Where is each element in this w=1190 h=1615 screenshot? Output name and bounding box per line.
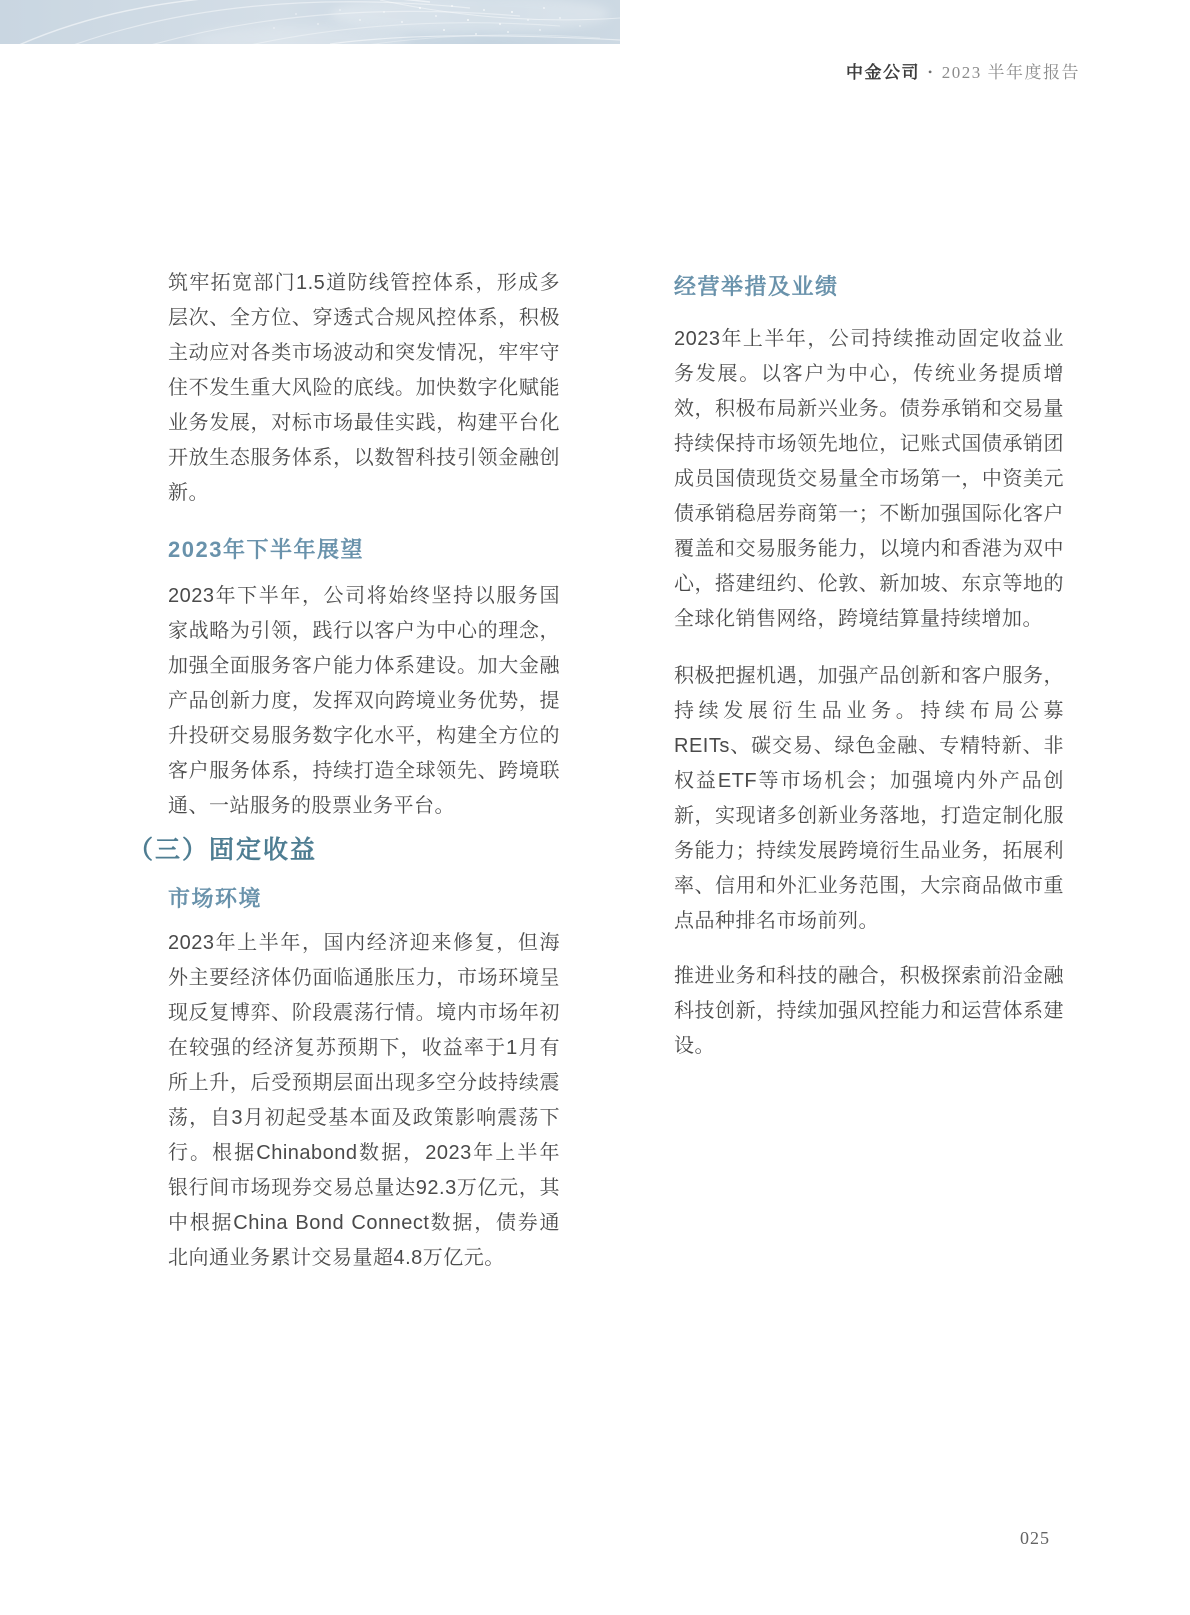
section-heading-fixed-income: （三）固定收益 <box>128 832 560 868</box>
paragraph-market-environment: 2023年上半年，国内经济迎来修复，但海外主要经济体仍面临通胀压力，市场环境呈现… <box>168 926 560 1276</box>
right-column: 经营举措及业绩 2023年上半年，公司持续推动固定收益业务发展。以客户为中心，传… <box>674 266 1064 1064</box>
header-wave-decoration <box>0 0 620 44</box>
paragraph-risk-control: 筑牢拓宽部门1.5道防线管控体系，形成多层次、全方位、穿透式合规风控体系，积极主… <box>168 266 560 511</box>
operations-heading: 经营举措及业绩 <box>674 272 1064 302</box>
report-page: 中金公司•2023 半年度报告 筑牢拓宽部门1.5道防线管控体系，形成多层次、全… <box>0 0 1190 1615</box>
paragraph-operations-1: 2023年上半年，公司持续推动固定收益业务发展。以客户为中心，传统业务提质增效，… <box>674 322 1064 637</box>
wave-pattern-icon <box>0 0 620 44</box>
paragraph-outlook: 2023年下半年，公司将始终坚持以服务国家战略为引领，践行以客户为中心的理念，加… <box>168 579 560 824</box>
company-name: 中金公司 <box>846 63 920 82</box>
outlook-heading-year: 2023 <box>168 537 223 562</box>
paragraph-operations-3: 推进业务和科技的融合，积极探索前沿金融科技创新，持续加强风控能力和运营体系建设。 <box>674 959 1064 1064</box>
left-column: 筑牢拓宽部门1.5道防线管控体系，形成多层次、全方位、穿透式合规风控体系，积极主… <box>168 266 560 1276</box>
page-number: 025 <box>1005 1528 1065 1549</box>
page-header: 中金公司•2023 半年度报告 <box>846 58 1080 83</box>
paragraph-operations-2: 积极把握机遇，加强产品创新和客户服务，持续发展衍生品业务。持续布局公募REITs… <box>674 659 1064 939</box>
header-bullet-separator: • <box>928 65 934 79</box>
report-title: 2023 半年度报告 <box>942 63 1080 82</box>
market-environment-heading: 市场环境 <box>168 884 560 914</box>
outlook-heading-text: 年下半年展望 <box>223 537 364 562</box>
outlook-heading: 2023年下半年展望 <box>168 535 560 565</box>
